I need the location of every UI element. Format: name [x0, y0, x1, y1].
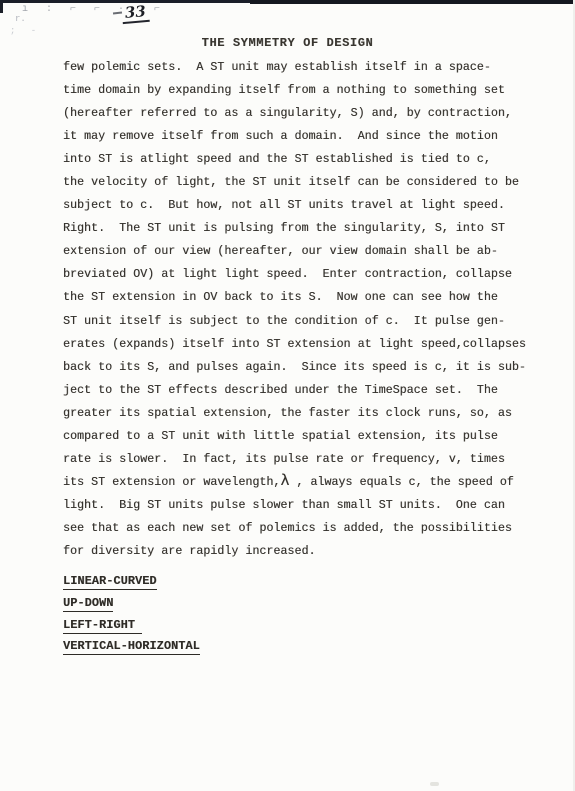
page-title: THE SYMMETRY OF DESIGN [0, 36, 575, 50]
body-line: rate is slower. In fact, its pulse rate … [63, 448, 526, 471]
body-line: for diversity are rapidly increased. [63, 540, 526, 563]
underlined-heading: VERTICAL-HORIZONTAL [63, 636, 200, 658]
body-line: breviated OV) at light light speed. Ente… [63, 263, 526, 286]
underlined-heading: LEFT-RIGHT [63, 615, 200, 637]
scanned-document-page: ı : ⌐ ⌐ ·· ⌐ r. ; - 33 THE SYMMETRY OF D… [0, 0, 575, 791]
body-line: erates (expands) itself into ST extensio… [63, 333, 526, 356]
body-line: see that as each new set of polemics is … [63, 517, 526, 540]
underlined-heading: UP-DOWN [63, 593, 200, 615]
body-line: ST unit itself is subject to the conditi… [63, 310, 526, 333]
body-line: time domain by expanding itself from a n… [63, 79, 526, 102]
underlined-heading: LINEAR-CURVED [63, 571, 200, 593]
body-line: into ST is atlight speed and the ST esta… [63, 148, 526, 171]
body-line: subject to c. But how, not all ST units … [63, 194, 526, 217]
body-line: extension of our view (hereafter, our vi… [63, 240, 526, 263]
scan-edge-corner [0, 0, 3, 13]
body-line: the velocity of light, the ST unit itsel… [63, 171, 526, 194]
scan-edge-top-right [250, 0, 575, 4]
scan-speck [430, 782, 439, 786]
body-line: the ST extension in OV back to its S. No… [63, 286, 526, 309]
body-line: few polemic sets. A ST unit may establis… [63, 56, 526, 79]
body-line: light. Big ST units pulse slower than sm… [63, 494, 526, 517]
body-line: back to its S, and pulses again. Since i… [63, 356, 526, 379]
handwritten-page-number: 33 [121, 3, 149, 24]
lambda-symbol: λ [280, 471, 289, 489]
faded-stamp-marks-row2: r. [15, 14, 26, 24]
body-line: it may remove itself from such a domain.… [63, 125, 526, 148]
body-text: few polemic sets. A ST unit may establis… [63, 56, 526, 563]
body-line: compared to a ST unit with little spatia… [63, 425, 526, 448]
body-line: ject to the ST effects described under t… [63, 379, 526, 402]
body-line: (hereafter referred to as a singularity,… [63, 102, 526, 125]
faded-stamp-marks-row3: ; - [10, 26, 41, 36]
body-line: greater its spatial extension, the faste… [63, 402, 526, 425]
heading-list: LINEAR-CURVEDUP-DOWNLEFT-RIGHT VERTICAL-… [63, 571, 200, 658]
body-line: its ST extension or wavelength,λ , alway… [63, 471, 526, 494]
body-line: Right. The ST unit is pulsing from the s… [63, 217, 526, 240]
